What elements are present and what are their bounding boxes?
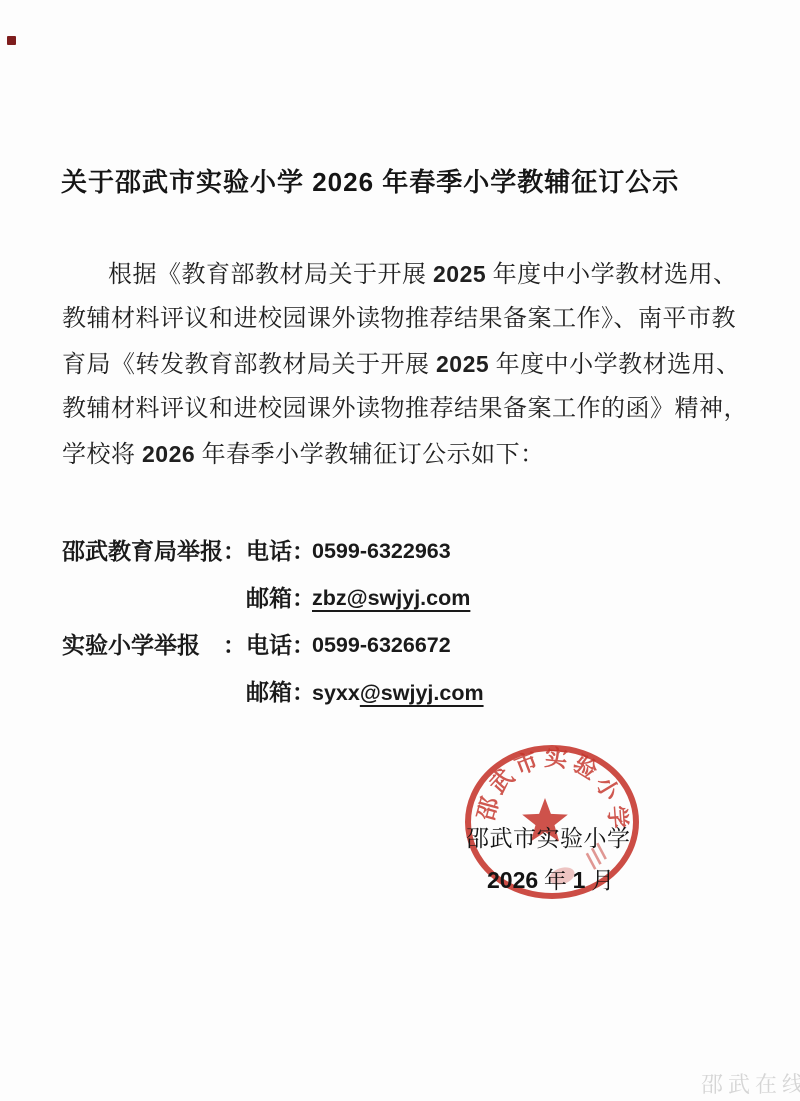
text-segment: 育局《转发教育部教材局关于开展 — [62, 352, 436, 378]
text-segment: 年度中小学教材选用、 — [489, 352, 741, 378]
signature-school-name: 邵武市实验小学 — [466, 820, 631, 853]
contact-org-label: 邵武教育局举报： — [62, 528, 246, 575]
contact-email: syxx@swjyj.com — [312, 669, 484, 717]
text-segment: 根据《教育部教材局关于开展 — [108, 262, 433, 288]
contact-field-label: 电话： — [246, 528, 315, 575]
number-text: 1 — [573, 867, 586, 893]
number-text: 2026 — [142, 441, 195, 467]
corner-red-mark — [7, 36, 16, 45]
number-text: 2026 — [487, 867, 538, 893]
contact-email-user: syxx — [312, 681, 360, 705]
text-segment: 学校将 — [62, 442, 142, 468]
text-segment: 年度中小学教材选用、 — [486, 262, 738, 288]
contact-line: 邮箱： zbz@swjyj.com — [62, 575, 582, 622]
contact-line: 邮箱： syxx@swjyj.com — [62, 669, 582, 716]
number-text: 2025 — [436, 351, 489, 377]
text-segment: 月 — [585, 868, 614, 893]
contact-line: 实验小学举报 ： 电话： 0599-6326672 — [62, 622, 582, 669]
contact-field-label: 邮箱： — [246, 669, 315, 716]
text-segment: 年春季小学教辅征订公示如下： — [195, 442, 545, 468]
contact-org-label: 实验小学举报 ： — [62, 622, 246, 669]
text-segment: 教辅材料评议和进校园课外读物推荐结果备案工作的函》精神， — [62, 396, 748, 422]
contact-field-label: 邮箱： — [246, 575, 315, 622]
number-text: 2025 — [433, 261, 486, 287]
contact-email-domain: @swjyj.com — [360, 681, 484, 705]
paragraph-line: 根据《教育部教材局关于开展 2025 年度中小学教材选用、 — [62, 252, 752, 297]
contact-block: 邵武教育局举报： 电话： 0599-6322963 邮箱： zbz@swjyj.… — [62, 528, 582, 716]
paragraph-line: 育局《转发教育部教材局关于开展 2025 年度中小学教材选用、 — [62, 342, 752, 387]
paragraph-line: 教辅材料评议和进校园课外读物推荐结果备案工作的函》精神， — [62, 387, 752, 432]
paragraph-line: 学校将 2026 年春季小学教辅征订公示如下： — [62, 432, 752, 477]
contact-phone: 0599-6322963 — [312, 528, 451, 575]
watermark-text: 邵武在线 — [701, 1068, 800, 1099]
contact-phone: 0599-6326672 — [312, 622, 451, 669]
signature-date: 2026 年 1 月 — [487, 862, 614, 895]
contact-field-label: 电话： — [246, 622, 315, 669]
body-paragraph: 根据《教育部教材局关于开展 2025 年度中小学教材选用、教辅材料评议和进校园课… — [62, 252, 752, 477]
page-title: 关于邵武市实验小学 2026 年春季小学教辅征订公示 — [61, 162, 679, 199]
contact-email: zbz@swjyj.com — [312, 575, 470, 622]
text-segment: 教辅材料评议和进校园课外读物推荐结果备案工作》、南平市教 — [62, 306, 736, 332]
contact-line: 邵武教育局举报： 电话： 0599-6322963 — [62, 528, 582, 575]
paragraph-line: 教辅材料评议和进校园课外读物推荐结果备案工作》、南平市教 — [62, 297, 752, 342]
document-page: 关于邵武市实验小学 2026 年春季小学教辅征订公示 根据《教育部教材局关于开展… — [0, 0, 800, 1101]
text-segment: 年 — [538, 868, 573, 893]
